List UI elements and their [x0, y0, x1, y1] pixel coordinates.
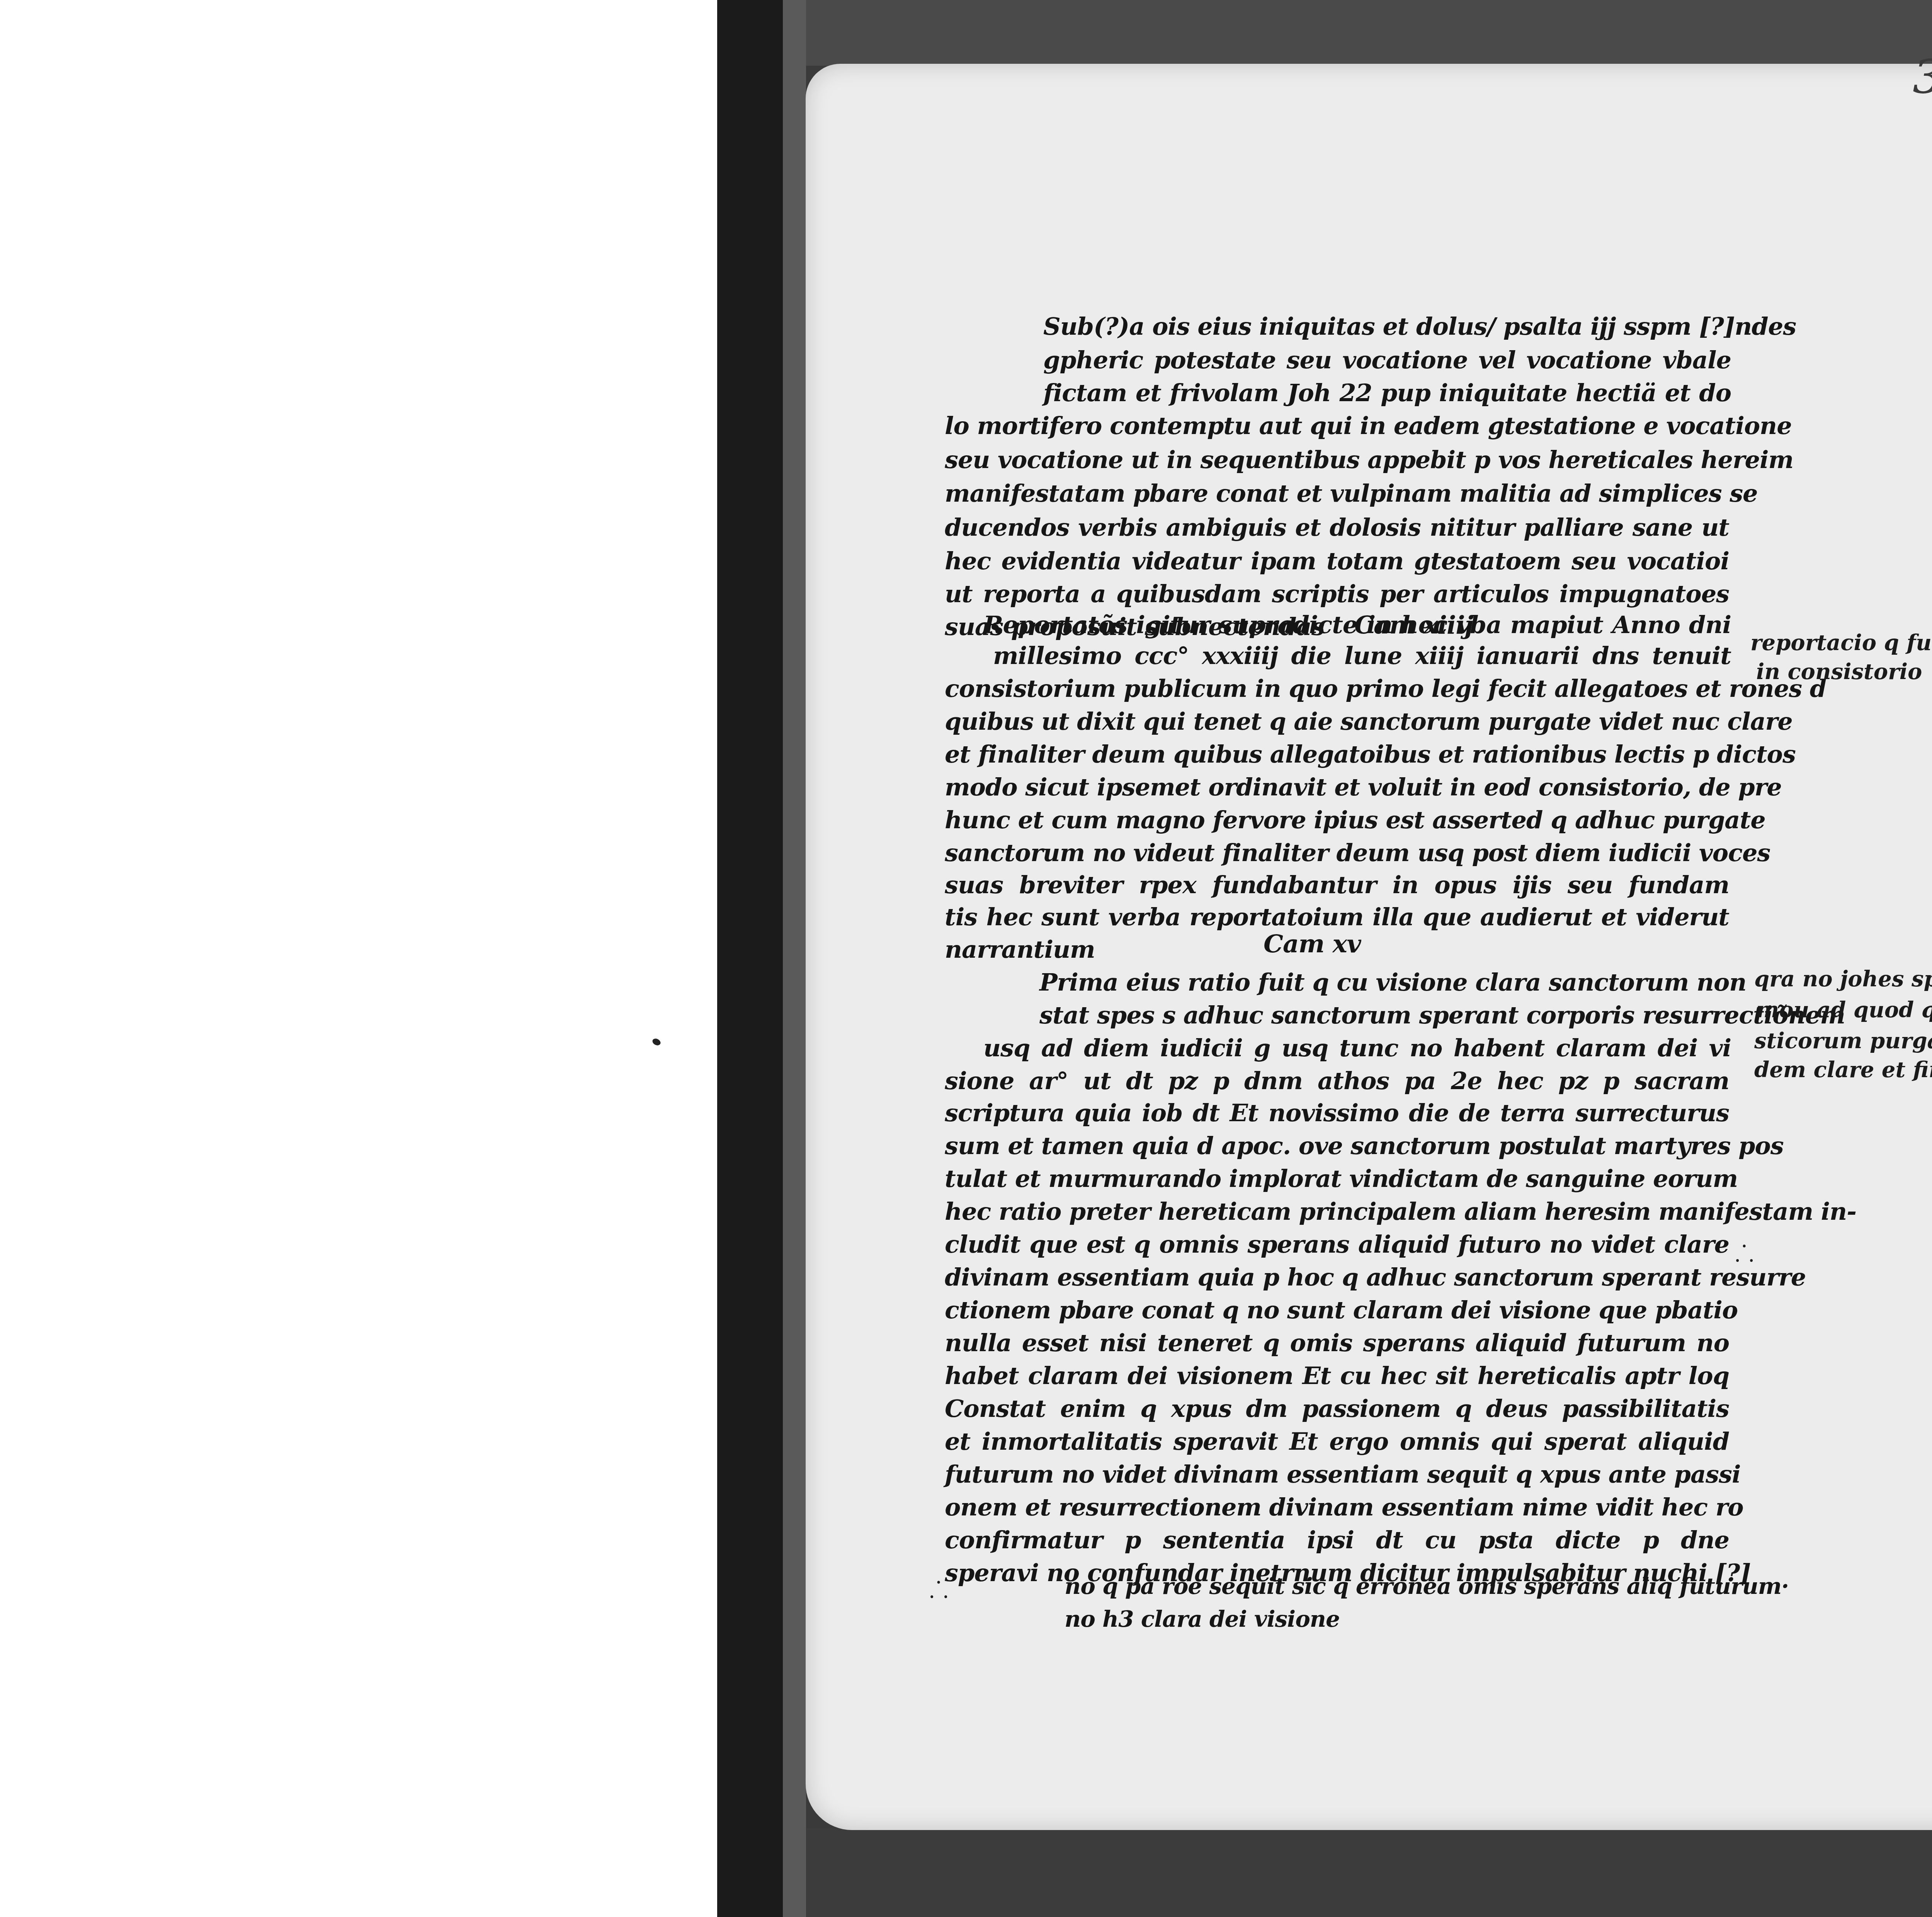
footnote-line: no h3 clara dei visione	[1065, 1606, 1340, 1632]
text-line: sione ar° ut dt pz p dnm athos pa 2e hec…	[945, 1067, 1729, 1095]
text-line: ducendos verbis ambiguis et dolosis niti…	[945, 513, 1729, 541]
text-line: suas breviter rpex fundabantur in opus i…	[945, 871, 1729, 899]
insertion-mark-icon: ⸫	[1735, 1237, 1754, 1268]
text-line: tulat et murmurando implorat vindictam d…	[945, 1165, 1729, 1193]
text-line: tis hec sunt verba reportatoium illa que…	[945, 903, 1729, 931]
text-line: et inmortalitatis speravit Et ergo omnis…	[945, 1427, 1729, 1456]
text-line: hec evidentia videatur ipam totam gtesta…	[945, 547, 1729, 575]
text-line: futurum no videt divinam essentiam sequi…	[945, 1460, 1729, 1488]
text-line: hec ratio preter hereticam principalem a…	[945, 1197, 1729, 1226]
text-line: gpheric potestate seu vocatione vel voca…	[1043, 346, 1731, 374]
text-line: manifestatam pbare conat et vulpinam mal…	[945, 479, 1729, 507]
footnote-mark-icon: ⸫	[929, 1573, 948, 1605]
text-line: sanctorum no videut finaliter deum usq p…	[945, 839, 1729, 867]
text-line: stat spes s adhuc sanctorum sperant corp…	[1039, 1001, 1731, 1029]
text-line: ut reporta a quibusdam scriptis per arti…	[945, 580, 1729, 608]
text-line: cludit que est q omnis sperans aliquid f…	[945, 1230, 1729, 1258]
text-line: usq ad diem iudicii g usq tunc no habent…	[983, 1034, 1731, 1062]
scan-left-edge	[717, 0, 783, 1917]
text-line: Reportatõs igitur supradicte in hec vba …	[983, 611, 1731, 639]
margin-note-line: mou ad quod quae	[1756, 997, 1932, 1023]
margin-note-line: sticorum purgate no vid	[1754, 1028, 1932, 1054]
margin-note-line: reportacio q fuerit	[1750, 630, 1932, 655]
text-line: Constat enim q xpus dm passionem q deus …	[945, 1394, 1729, 1423]
scan-binding-band	[783, 0, 806, 1917]
text-line: modo sicut ipsemet ordinavit et voluit i…	[945, 773, 1729, 801]
text-line: scriptura quia iob dt Et novissimo die d…	[945, 1099, 1729, 1127]
margin-note-line: dem clare et finaliter	[1754, 1057, 1932, 1083]
text-line: hunc et cum magno fervore ipius est asse…	[945, 806, 1729, 834]
text-line: onem et resurrectionem divinam essentiam…	[945, 1493, 1729, 1521]
text-line: quibus ut dixit qui tenet q aie sanctoru…	[945, 707, 1729, 735]
text-line: confirmatur p sententia ipsi dt cu psta …	[945, 1526, 1729, 1554]
footnote-line: no q pa roe sequit sic q erronea omis sp…	[1065, 1573, 1789, 1599]
text-line: et finaliter deum quibus allegatoibus et…	[945, 740, 1729, 768]
text-line: Sub(?)a ois eius iniquitas et dolus/ psa…	[1043, 312, 1731, 340]
margin-note-line: qra no johes spe	[1754, 966, 1932, 992]
chapter-heading: Cam xv	[1264, 930, 1361, 958]
text-line: sum et tamen quia d apoc. ove sanctorum …	[945, 1132, 1729, 1160]
margin-note-line: in consistorio	[1756, 659, 1922, 684]
scan-top-edge	[806, 0, 1932, 66]
scan-bottom-edge	[806, 1828, 1932, 1917]
text-line: consistorium publicum in quo primo legi …	[945, 674, 1729, 703]
text-line: narrantium	[945, 935, 1095, 964]
text-line: habet claram dei visionem Et cu hec sit …	[945, 1362, 1729, 1390]
text-line: lo mortifero contemptu aut qui in eadem …	[945, 412, 1729, 440]
text-line: fictam et frivolam Joh 22 pup iniquitate…	[1043, 379, 1731, 407]
text-line: seu vocatione ut in sequentibus appebit …	[945, 446, 1729, 474]
stray-ink-dot	[651, 1037, 662, 1047]
text-line: nulla esset nisi teneret q omis sperans …	[945, 1329, 1729, 1357]
text-line: Prima eius ratio fuit q cu visione clara…	[1039, 968, 1731, 996]
text-line: millesimo ccc° xxxiiij die lune xiiij ia…	[993, 642, 1731, 670]
folio-number: 350	[1913, 50, 1932, 104]
text-line: divinam essentiam quia p hoc q adhuc san…	[945, 1263, 1729, 1291]
text-line: ctionem pbare conat q no sunt claram dei…	[945, 1296, 1729, 1324]
